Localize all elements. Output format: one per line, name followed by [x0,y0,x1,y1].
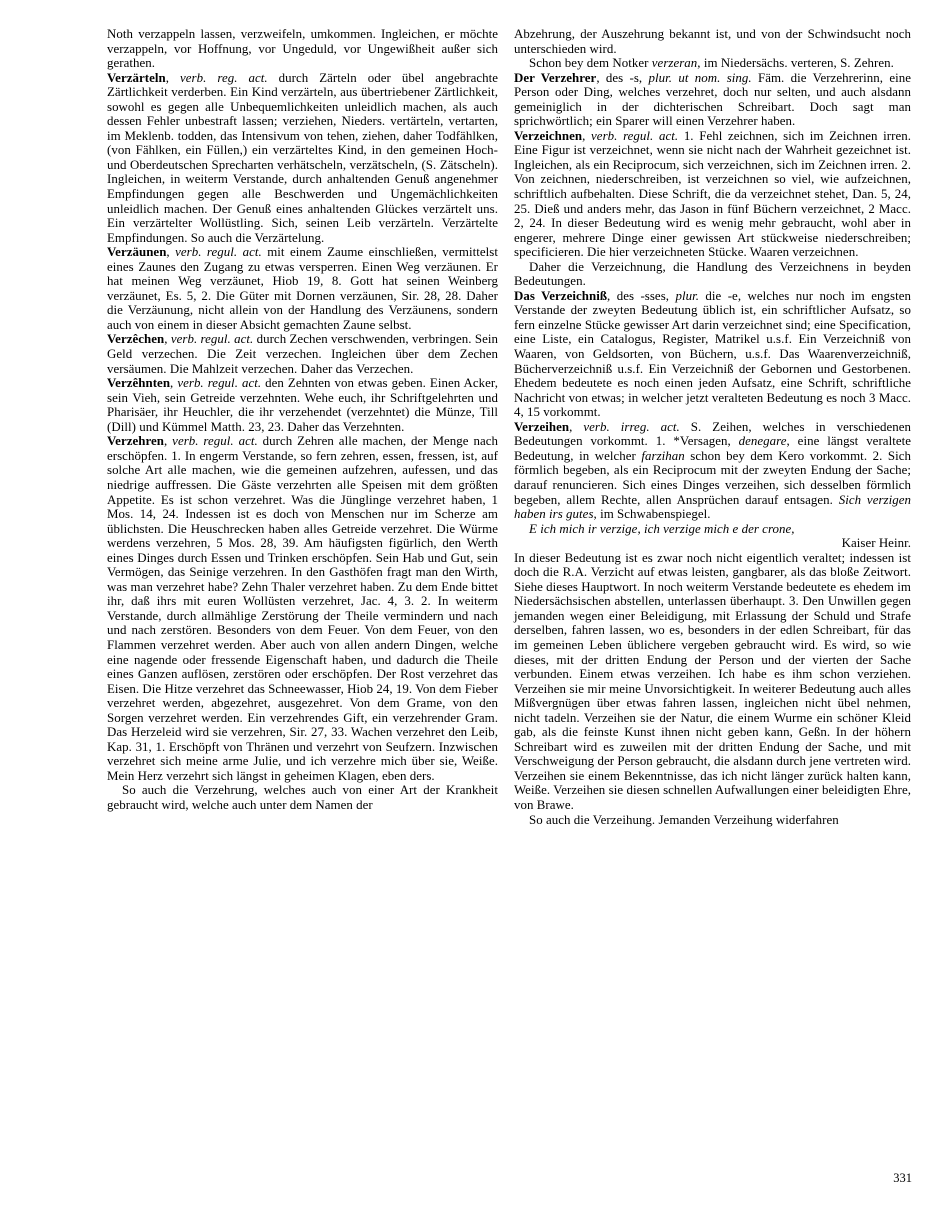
text-column-right: Abzehrung, der Auszehrung bekannt ist, u… [514,27,911,827]
page-number: 331 [893,1171,912,1185]
italic-text-run: verb. reg. act. [180,71,268,85]
indented-paragraph: Daher die Verzeichnung, die Handlung des… [514,260,911,289]
text-column-left: Noth verzappeln lassen, verzweifeln, umk… [107,27,498,813]
indented-paragraph: So auch die Verzehrung, welches auch von… [107,783,498,812]
text-run: In dieser Bedeutung ist es zwar noch nic… [514,551,911,812]
text-run: , des -s, [596,71,648,85]
italic-text-run: verb. regul. act. [171,332,253,346]
italic-text-run: plur. [675,289,699,303]
italic-text-run: verb. regul. act. [175,245,262,259]
dictionary-entry: Verzêchen, verb. regul. act. durch Zeche… [107,332,498,376]
italic-text-run: verb. regul. act. [177,376,261,390]
indented-paragraph: Schon bey dem Notker verzeran, im Nieder… [514,56,911,71]
text-run: Kaiser Heinr. [842,536,911,550]
text-run: , im Schwabenspiegel. [594,507,711,521]
headword: Verzêchen [107,332,164,346]
headword: Verzeichnen [514,129,582,143]
dictionary-entry: Verzêhnten, verb. regul. act. den Zehnte… [107,376,498,434]
dictionary-page: Noth verzappeln lassen, verzweifeln, umk… [0,0,935,1210]
dictionary-entry: Verzärteln, verb. reg. act. durch Zärtel… [107,71,498,246]
italic-text-run: E ich mich ir verzige, ich verzige mich … [529,522,795,536]
indented-paragraph: E ich mich ir verzige, ich verzige mich … [514,522,911,537]
text-run: 1. Fehl zeichnen, sich im Zeichnen irren… [514,129,911,259]
italic-text-run: farzihan [641,449,684,463]
dictionary-entry: Verzeichnen, verb. regul. act. 1. Fehl z… [514,129,911,260]
italic-text-run: verb. regul. act. [172,434,258,448]
text-run: Daher die Verzeichnung, die Handlung des… [514,260,911,289]
italic-text-run: verb. regul. act. [591,129,678,143]
text-run: Abzehrung, der Auszehrung bekannt ist, u… [514,27,911,56]
text-run: , des -sses, [607,289,675,303]
dictionary-entry: Verzehren, verb. regul. act. durch Zehre… [107,434,498,783]
headword: Verzärteln [107,71,166,85]
text-run: die -e, welches nur noch im engsten Vers… [514,289,911,419]
headword: Verzêhnten [107,376,170,390]
headword: Der Verzehrer [514,71,596,85]
headword: Das Verzeichniß [514,289,607,303]
text-run: durch Zärteln oder übel angebrachte Zärt… [107,71,498,245]
text-run: , [582,129,591,143]
paragraph: In dieser Bedeutung ist es zwar noch nic… [514,551,911,813]
text-run: , [164,434,172,448]
indented-paragraph: So auch die Verzeihung. Jemanden Verzeih… [514,813,911,828]
text-run: Noth verzappeln lassen, verzweifeln, umk… [107,27,498,70]
text-run: , [569,420,583,434]
italic-text-run: verb. irreg. act. [583,420,679,434]
headword: Verzehren [107,434,164,448]
dictionary-entry: Verzäunen, verb. regul. act. mit einem Z… [107,245,498,332]
attribution-line: Kaiser Heinr. [514,536,911,551]
dictionary-entry: Der Verzehrer, des -s, plur. ut nom. sin… [514,71,911,129]
text-run: So auch die Verzeihung. Jemanden Verzeih… [529,813,839,827]
text-run: , im Niedersächs. verteren, S. Zehren. [697,56,894,70]
text-run: , [166,71,180,85]
text-run: Schon bey dem Notker [529,56,652,70]
italic-text-run: plur. ut nom. sing. [649,71,752,85]
paragraph: Noth verzappeln lassen, verzweifeln, umk… [107,27,498,71]
text-run: , [166,245,175,259]
headword: Verzeihen [514,420,569,434]
text-run: , [164,332,171,346]
dictionary-entry: Verzeihen, verb. irreg. act. S. Zeihen, … [514,420,911,522]
dictionary-entry: Das Verzeichniß, des -sses, plur. die -e… [514,289,911,420]
headword: Verzäunen [107,245,166,259]
italic-text-run: denegare [739,434,787,448]
text-run: So auch die Verzehrung, welches auch von… [107,783,498,812]
paragraph: Abzehrung, der Auszehrung bekannt ist, u… [514,27,911,56]
italic-text-run: verzeran [652,56,698,70]
text-run: durch Zehren alle machen, der Menge nach… [107,434,498,783]
